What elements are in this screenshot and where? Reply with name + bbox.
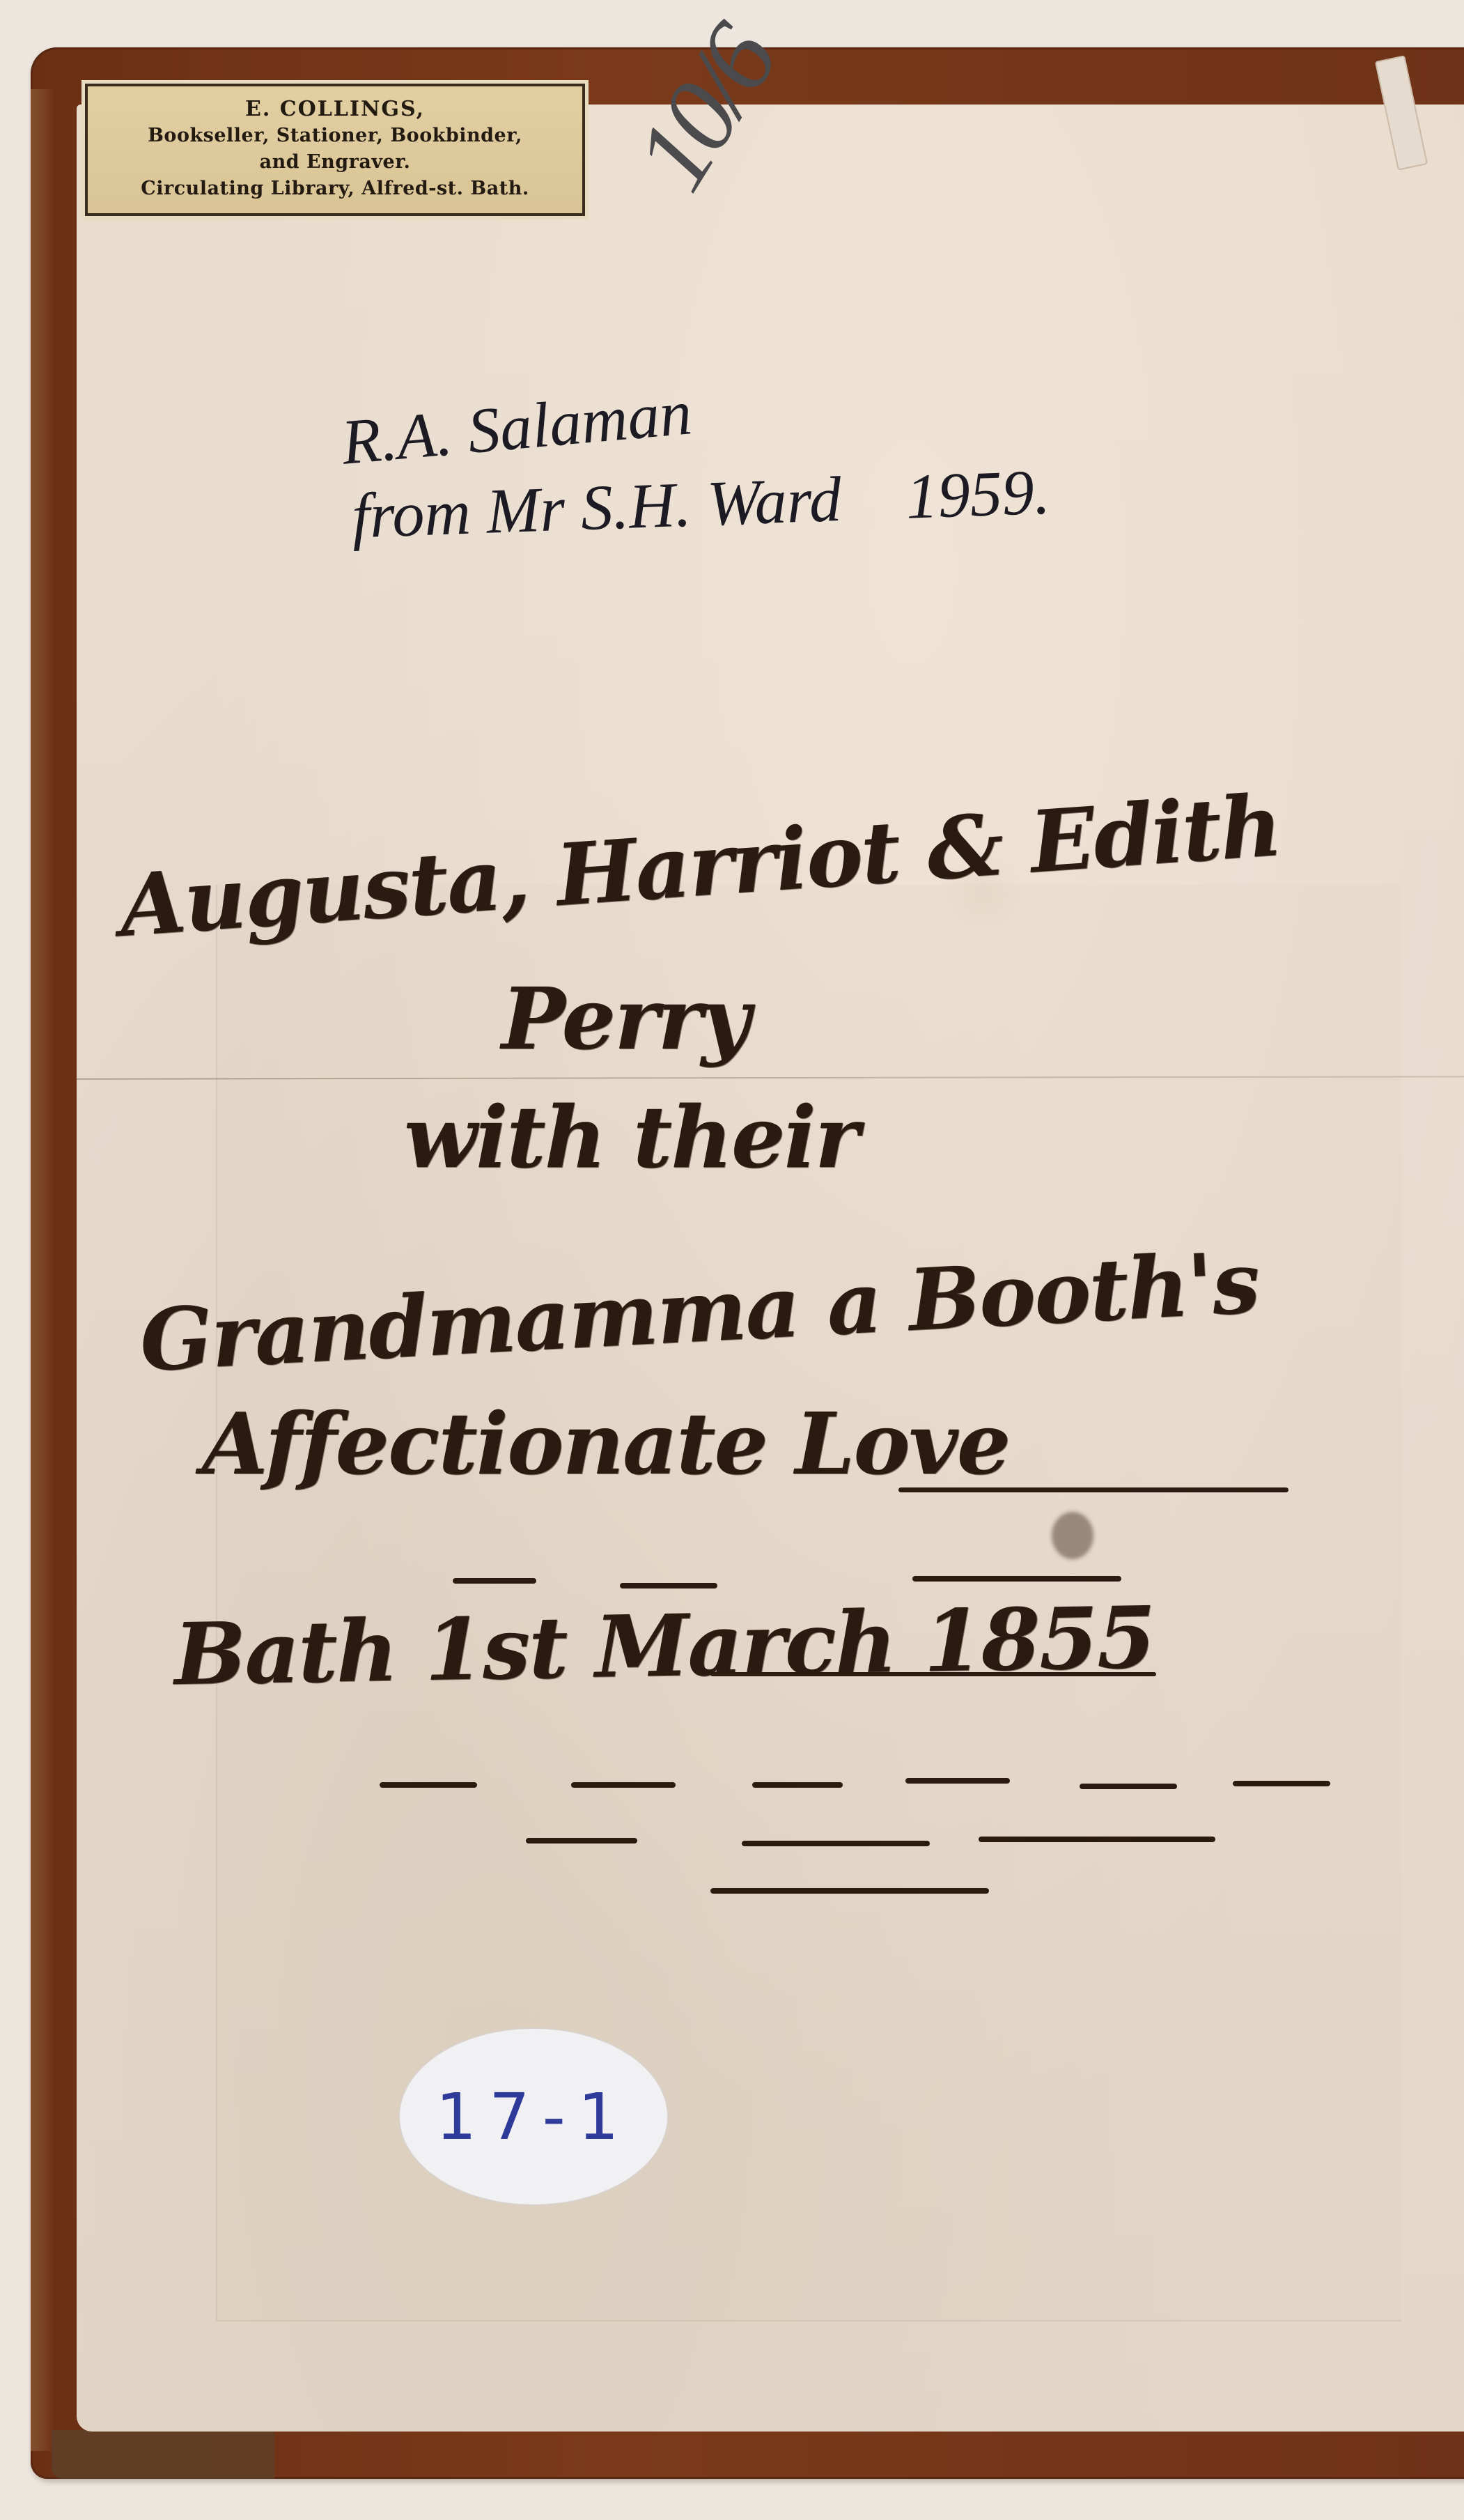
inscription-line-5: Affectionate Love — [202, 1393, 1009, 1494]
provenance-source-text: from Mr S.H. Ward — [351, 463, 843, 551]
inscription-line-6: Bath 1st March 1855 — [173, 1587, 1155, 1705]
flourish-dash — [752, 1782, 843, 1788]
bookseller-trades-cont: and Engraver. — [88, 149, 582, 176]
inscription-line-3: with their — [404, 1087, 858, 1187]
flourish-dash — [912, 1576, 1121, 1582]
provenance-year: 1959. — [905, 456, 1051, 532]
underline-love — [898, 1487, 1288, 1492]
bookseller-address: Circulating Library, Alfred-st. Bath. — [88, 176, 582, 202]
bookseller-name: E. COLLINGS, — [88, 96, 582, 123]
bookseller-label: E. COLLINGS, Bookseller, Stationer, Book… — [85, 84, 585, 216]
flourish-dash — [1080, 1784, 1177, 1789]
flourish-dash — [905, 1778, 1010, 1784]
inscription-line-2: Perry — [501, 968, 749, 1069]
flourish-dash — [1233, 1781, 1330, 1786]
flourish-dash — [620, 1583, 717, 1588]
bookseller-trades: Bookseller, Stationer, Bookbinder, — [88, 123, 582, 149]
flourish-dash — [979, 1837, 1215, 1842]
ink-stain — [1052, 1512, 1093, 1559]
flourish-dash — [453, 1578, 536, 1584]
flourish-dash — [526, 1838, 637, 1843]
flourish-dash — [710, 1888, 989, 1894]
flourish-dash — [742, 1841, 930, 1846]
catalogue-sticker: 17-1 — [400, 2029, 667, 2204]
flourish-dash — [380, 1782, 477, 1788]
catalogue-number: 17-1 — [436, 2080, 632, 2154]
flourish-dash — [571, 1782, 676, 1788]
underline-date — [710, 1672, 1156, 1676]
